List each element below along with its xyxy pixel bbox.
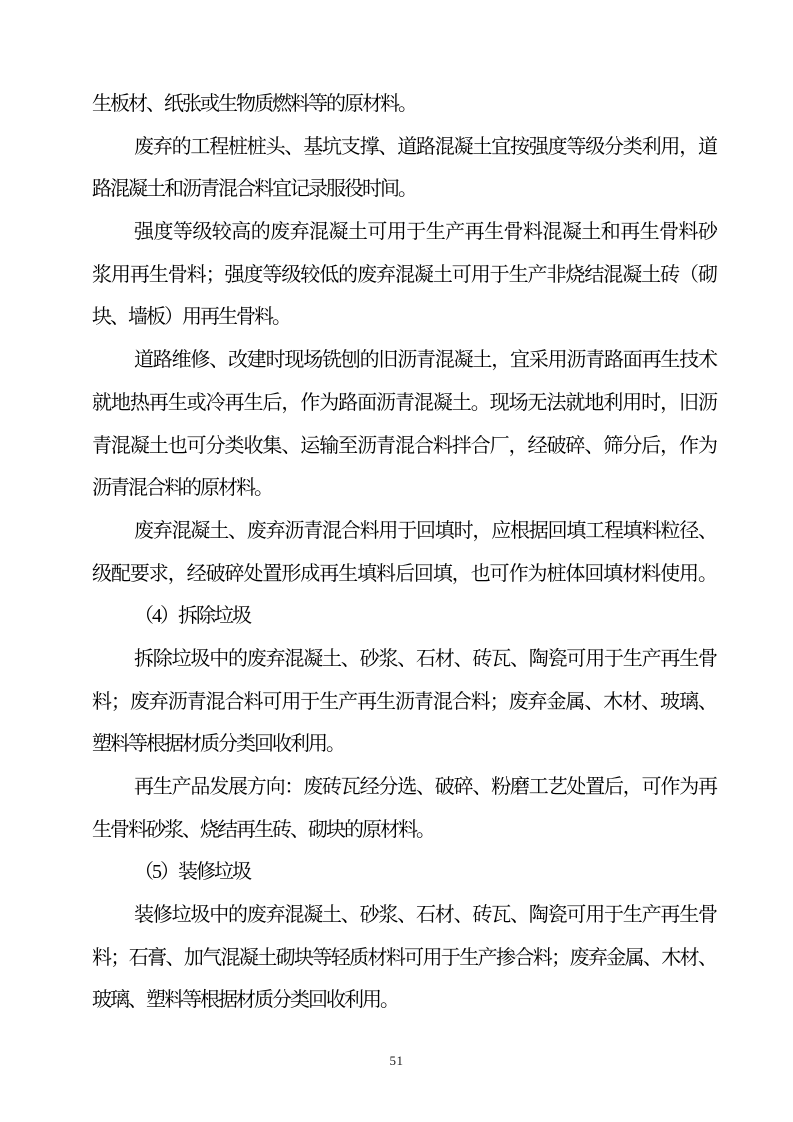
text-line: 青混凝土也可分类收集、运输至沥青混合料拌合厂，经破碎、筛分后，作为 — [92, 425, 716, 468]
text-line: 废弃的工程桩桩头、基坑支撑、道路混凝土宜按强度等级分类利用，道 — [92, 126, 716, 169]
text-line: 就地热再生或冷再生后，作为路面沥青混凝土。现场无法就地利用时，旧沥 — [92, 382, 716, 425]
text-line: 级配要求，经破碎处置形成再生填料后回填，也可作为桩体回填材料使用。 — [92, 553, 716, 596]
text-line: 生骨料砂浆、烧结再生砖、砌块的原材料。 — [92, 809, 716, 852]
text-line: （4）拆除垃圾 — [92, 595, 716, 638]
text-line: 装修垃圾中的废弃混凝土、砂浆、石材、砖瓦、陶瓷可用于生产再生骨 — [92, 894, 716, 937]
text-line: 再生产品发展方向：废砖瓦经分选、破碎、粉磨工艺处置后，可作为再 — [92, 766, 716, 809]
page-number: 51 — [390, 1053, 404, 1068]
text-line: 废弃混凝土、废弃沥青混合料用于回填时，应根据回填工程填料粒径、 — [92, 510, 716, 553]
text-line: 块、墙板）用再生骨料。 — [92, 296, 716, 339]
page-footer: 51 — [0, 1052, 793, 1070]
document-body: 生板材、纸张或生物质燃料等的原材料。废弃的工程桩桩头、基坑支撑、道路混凝土宜按强… — [92, 83, 716, 1022]
text-line: 生板材、纸张或生物质燃料等的原材料。 — [92, 83, 716, 126]
text-line: 料；石膏、加气混凝土砌块等轻质材料可用于生产掺合料；废弃金属、木材、 — [92, 937, 716, 980]
text-line: 玻璃、塑料等根据材质分类回收利用。 — [92, 979, 716, 1022]
document-page: { "page": { "background_color": "#ffffff… — [0, 0, 793, 1122]
text-line: 浆用再生骨料；强度等级较低的废弃混凝土可用于生产非烧结混凝土砖（砌 — [92, 254, 716, 297]
text-line: 路混凝土和沥青混合料宜记录服役时间。 — [92, 168, 716, 211]
text-line: 强度等级较高的废弃混凝土可用于生产再生骨料混凝土和再生骨料砂 — [92, 211, 716, 254]
text-line: 料；废弃沥青混合料可用于生产再生沥青混合料；废弃金属、木材、玻璃、 — [92, 681, 716, 724]
text-line: 塑料等根据材质分类回收利用。 — [92, 723, 716, 766]
text-line: 道路维修、改建时现场铣刨的旧沥青混凝土，宜采用沥青路面再生技术 — [92, 339, 716, 382]
text-line: （5）装修垃圾 — [92, 851, 716, 894]
text-line: 沥青混合料的原材料。 — [92, 467, 716, 510]
text-line: 拆除垃圾中的废弃混凝土、砂浆、石材、砖瓦、陶瓷可用于生产再生骨 — [92, 638, 716, 681]
